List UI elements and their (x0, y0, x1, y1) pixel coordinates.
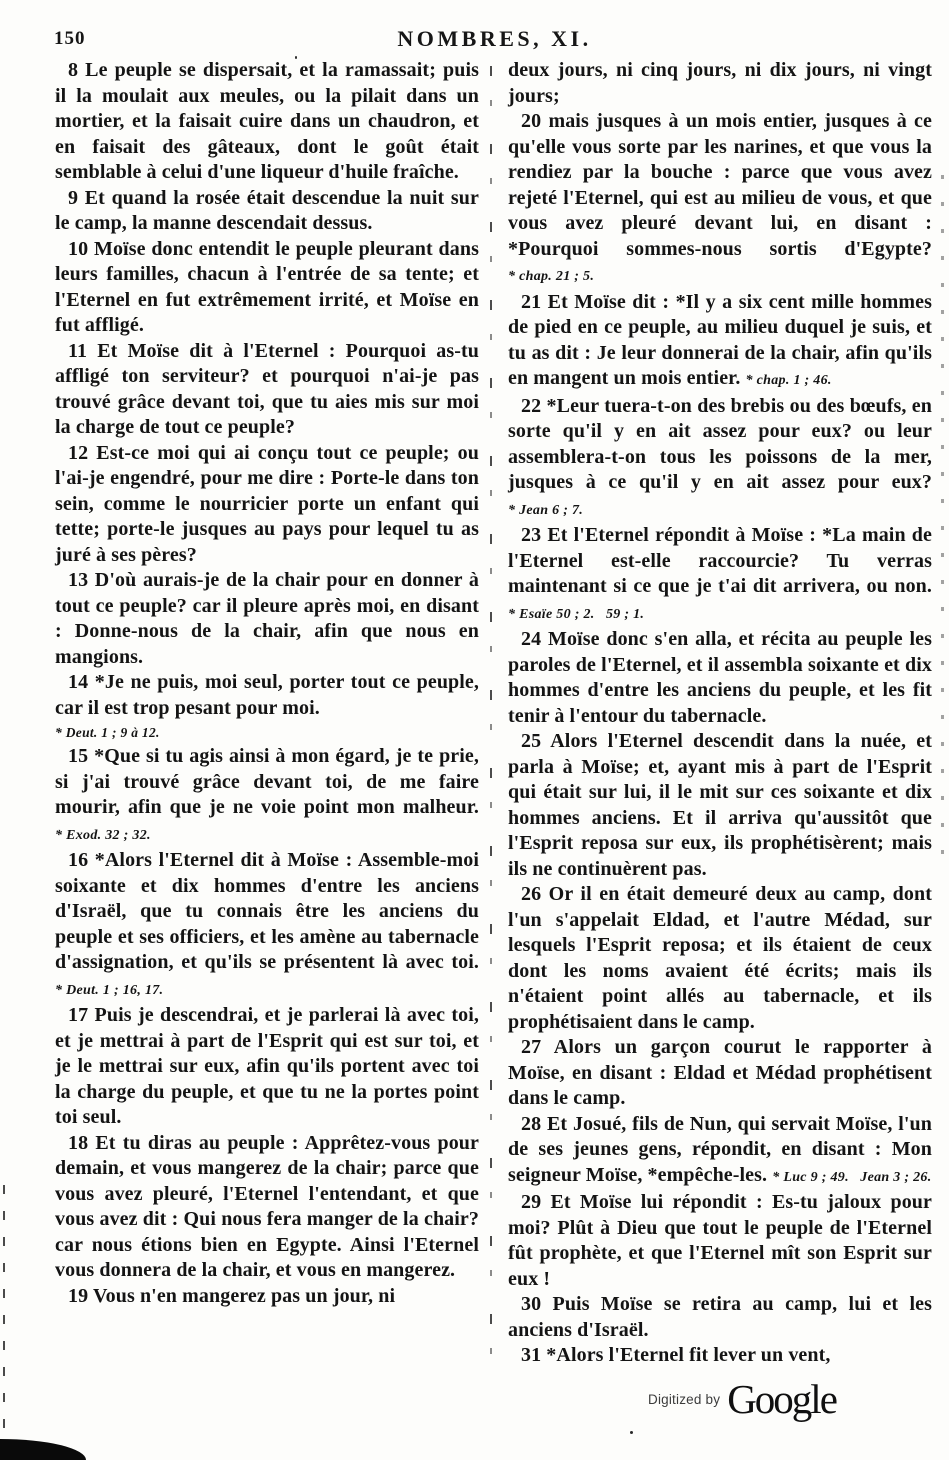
verse-29: 29 Et Moïse lui répondit : Es-tu jaloux … (508, 1190, 932, 1292)
verse-text: 13 D'où aurais-je de la chair pour en do… (55, 569, 479, 668)
cross-reference-line: * Deut. 1 ; 9 à 12. (55, 721, 479, 744)
verse-text: 14 *Je ne puis, moi seul, porter tout ce… (55, 671, 479, 719)
verse-text: 19 Vous n'en mangerez pas un jour, ni (68, 1285, 395, 1307)
verse-text: 30 Puis Moïse se retira au camp, lui et … (508, 1293, 932, 1341)
verse-text: 20 mais jusques à un mois entier, jusque… (508, 110, 932, 260)
verse-12: 12 Est-ce moi qui ai conçu tout ce peupl… (55, 441, 479, 569)
cross-reference: * Deut. 1 ; 16, 17. (55, 983, 163, 998)
verse-text: deux jours, ni cinq jours, ni dix jours,… (508, 59, 932, 107)
verse-21: 21 Et Moïse dit : *Il y a six cent mille… (508, 290, 932, 394)
verse-text: 23 Et l'Eternel répondit à Moïse : *La m… (508, 524, 932, 597)
verse-text: 26 Or il en était demeuré deux au camp, … (508, 883, 932, 1033)
scan-corner-artifact (0, 1439, 86, 1460)
running-head: NOMBRES, XI. (40, 26, 949, 52)
google-watermark: Digitized by Google (648, 1376, 836, 1422)
verse-27: 27 Alors un garçon courut le rapporter à… (508, 1035, 932, 1112)
verse-9: 9 Et quand la rosée était descendue la n… (55, 186, 479, 237)
verse-text: 22 *Leur tuera-t-on des brebis ou des bœ… (508, 395, 932, 494)
verse-18: 18 Et tu diras au peuple : Apprêtez-vous… (55, 1131, 479, 1284)
digitized-by-label: Digitized by (648, 1392, 720, 1407)
verse-20: 20 mais jusques à un mois entier, jusque… (508, 109, 932, 290)
book-page: 150 NOMBRES, XI. 8 Le peuple se dispersa… (0, 0, 949, 1460)
verse-16: 16 *Alors l'Eternel dit à Moïse : Assemb… (55, 848, 479, 1003)
google-logo: Google (727, 1379, 836, 1419)
verse-text: 9 Et quand la rosée était descendue la n… (55, 187, 479, 235)
verse-text: 27 Alors un garçon courut le rapporter à… (508, 1036, 932, 1109)
scan-speck (630, 1431, 633, 1434)
verse-19: 19 Vous n'en mangerez pas un jour, ni (55, 1284, 479, 1310)
verse-text: 17 Puis je descendrai, et je parlerai là… (55, 1004, 479, 1128)
cross-reference: * Luc 9 ; 49. Jean 3 ; 26. (772, 1170, 931, 1185)
cross-reference: * Jean 6 ; 7. (508, 503, 583, 518)
verse-text: 16 *Alors l'Eternel dit à Moïse : Assemb… (55, 849, 479, 973)
verse-text: 10 Moïse donc entendit le peuple pleuran… (55, 238, 479, 337)
verse-13: 13 D'où aurais-je de la chair pour en do… (55, 568, 479, 670)
column-divider (490, 66, 492, 1390)
verse-text: 21 Et Moïse dit : *Il y a six cent mille… (508, 291, 932, 390)
verse-text: 12 Est-ce moi qui ai conçu tout ce peupl… (55, 442, 479, 566)
verse-25: 25 Alors l'Eternel descendit dans la nué… (508, 729, 932, 882)
verse-text: 31 *Alors l'Eternel fit lever un vent, (521, 1344, 831, 1366)
verse-28: 28 Et Josué, fils de Nun, qui servait Mo… (508, 1112, 932, 1191)
verse-text: 8 Le peuple se dispersait, et la ramassa… (55, 59, 479, 183)
scan-left-edge-marks (3, 1185, 5, 1440)
left-column: 8 Le peuple se dispersait, et la ramassa… (55, 58, 479, 1309)
verse-23: 23 Et l'Eternel répondit à Moïse : *La m… (508, 523, 932, 627)
verse-text: 15 *Que si tu agis ainsi à mon égard, je… (55, 745, 479, 818)
scan-right-edge-marks (941, 175, 944, 865)
scan-speck (295, 56, 297, 59)
cross-reference: * chap. 1 ; 46. (746, 373, 832, 388)
verse-11: 11 Et Moïse dit à l'Eternel : Pourquoi a… (55, 339, 479, 441)
verse-text: 11 Et Moïse dit à l'Eternel : Pourquoi a… (55, 340, 479, 439)
verse-17: 17 Puis je descendrai, et je parlerai là… (55, 1003, 479, 1131)
verse-22: 22 *Leur tuera-t-on des brebis ou des bœ… (508, 394, 932, 524)
cross-reference: * Exod. 32 ; 32. (55, 828, 151, 843)
verse-15: 15 *Que si tu agis ainsi à mon égard, je… (55, 744, 479, 848)
verse-26: 26 Or il en était demeuré deux au camp, … (508, 882, 932, 1035)
verse-text: 18 Et tu diras au peuple : Apprêtez-vous… (55, 1132, 479, 1282)
verse-30: 30 Puis Moïse se retira au camp, lui et … (508, 1292, 932, 1343)
cross-reference: * chap. 21 ; 5. (508, 269, 594, 284)
verse-24: 24 Moïse donc s'en alla, et récita au pe… (508, 627, 932, 729)
verse-14: 14 *Je ne puis, moi seul, porter tout ce… (55, 670, 479, 721)
verse-text: 25 Alors l'Eternel descendit dans la nué… (508, 730, 932, 880)
cross-reference: * Esaïe 50 ; 2. 59 ; 1. (508, 607, 644, 622)
verse-10: 10 Moïse donc entendit le peuple pleuran… (55, 237, 479, 339)
verse-19b: deux jours, ni cinq jours, ni dix jours,… (508, 58, 932, 109)
verse-text: 29 Et Moïse lui répondit : Es-tu jaloux … (508, 1191, 932, 1290)
verse-text: 24 Moïse donc s'en alla, et récita au pe… (508, 628, 932, 727)
verse-31: 31 *Alors l'Eternel fit lever un vent, (508, 1343, 932, 1369)
right-column: deux jours, ni cinq jours, ni dix jours,… (508, 58, 932, 1369)
verse-8: 8 Le peuple se dispersait, et la ramassa… (55, 58, 479, 186)
